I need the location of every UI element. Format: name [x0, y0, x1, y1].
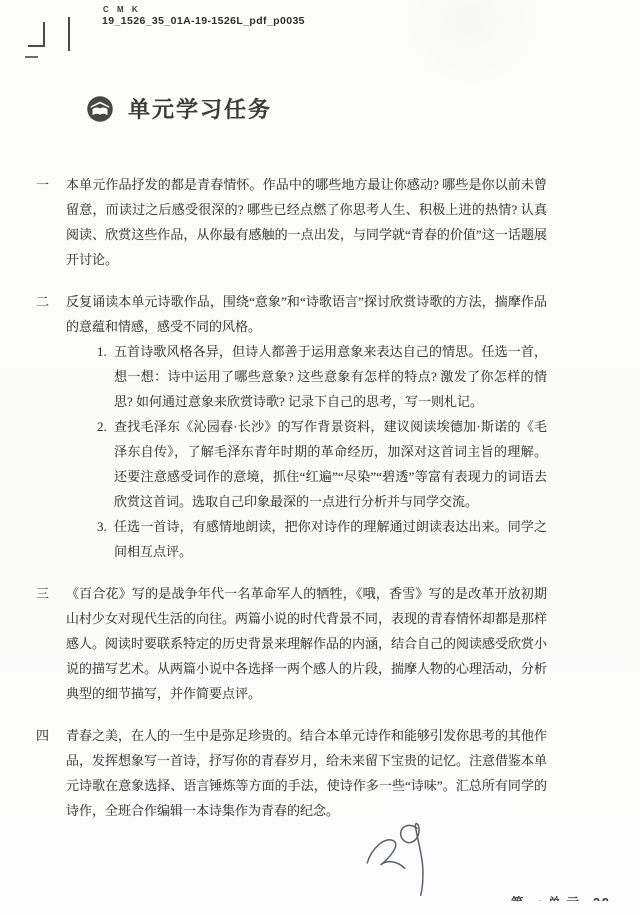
task-subitem-list: 1. 五首诗歌风格各异，但诗人都善于运用意象来表达自己的情思。任选一首，想一想：…	[66, 339, 547, 564]
task-item-2: 二 反复诵读本单元诗歌作品，围绕“意象”和“诗歌语言”探讨欣赏诗歌的方法，揣摩作…	[36, 289, 547, 564]
task-text: 《百合花》写的是战争年代一名革命军人的牺牲，《哦，香雪》写的是改革开放初期山村少…	[66, 581, 547, 706]
handwritten-page-number	[337, 804, 454, 911]
scanned-textbook-page: C M K 19_1526_35_01A-19-1526L_pdf_p0035 …	[0, 0, 640, 915]
crop-mark-horizontal	[28, 45, 45, 47]
color-channel-label: C M K	[103, 5, 141, 14]
footer-page-number: 29	[593, 896, 611, 901]
task-text: 本单元作品抒发的都是青春情怀。作品中的哪些地方最让你感动? 哪些是你以前未曾留意…	[66, 172, 547, 272]
subitem-number: 1.	[97, 339, 114, 414]
footer-unit-label: 第一单元	[511, 896, 585, 901]
subitem-number: 2.	[97, 414, 114, 514]
page-title: 单元学习任务	[128, 93, 272, 124]
task-marker: 三	[36, 581, 66, 706]
task-subitem-1: 1. 五首诗歌风格各异，但诗人都善于运用意象来表达自己的情思。任选一首，想一想：…	[97, 339, 547, 414]
task-marker: 四	[36, 723, 66, 823]
task-text: 反复诵读本单元诗歌作品，围绕“意象”和“诗歌语言”探讨欣赏诗歌的方法，揣摩作品的…	[66, 289, 547, 339]
subitem-text: 任选一首诗，有感情地朗读，把你对诗作的理解通过朗读表达出来。同学之间相互点评。	[114, 514, 547, 564]
task-subitem-3: 3. 任选一首诗，有感情地朗读，把你对诗作的理解通过朗读表达出来。同学之间相互点…	[97, 514, 547, 564]
task-text: 青春之美，在人的一生中是弥足珍贵的。结合本单元诗作和能够引发你思考的其他作品，发…	[66, 723, 547, 823]
task-item-4: 四 青春之美，在人的一生中是弥足珍贵的。结合本单元诗作和能够引发你思考的其他作品…	[36, 723, 547, 823]
task-subitem-2: 2. 查找毛泽东《沁园春·长沙》的写作背景资料，建议阅读埃德加·斯诺的《毛泽东自…	[97, 414, 547, 514]
task-list: 一 本单元作品抒发的都是青春情怀。作品中的哪些地方最让你感动? 哪些是你以前未曾…	[36, 172, 547, 840]
open-book-circle-icon	[85, 94, 115, 124]
subitem-number: 3.	[97, 514, 114, 564]
page-footer: 第一单元29	[511, 893, 636, 901]
task-marker: 一	[36, 172, 66, 272]
task-marker: 二	[36, 289, 66, 564]
registration-dash	[25, 56, 38, 58]
subitem-text: 查找毛泽东《沁园春·长沙》的写作背景资料，建议阅读埃德加·斯诺的《毛泽东自传》，…	[114, 414, 547, 514]
task-item-1: 一 本单元作品抒发的都是青春情怀。作品中的哪些地方最让你感动? 哪些是你以前未曾…	[36, 172, 547, 272]
subitem-text: 五首诗歌风格各异，但诗人都善于运用意象来表达自己的情思。任选一首，想一想：诗中运…	[114, 339, 547, 414]
prepress-filename: 19_1526_35_01A-19-1526L_pdf_p0035	[102, 15, 305, 27]
task-item-3: 三 《百合花》写的是战争年代一名革命军人的牺牲，《哦，香雪》写的是改革开放初期山…	[36, 581, 547, 706]
crop-mark-vertical	[43, 22, 45, 47]
unit-header: 单元学习任务	[85, 93, 272, 124]
registration-bar	[68, 17, 70, 51]
